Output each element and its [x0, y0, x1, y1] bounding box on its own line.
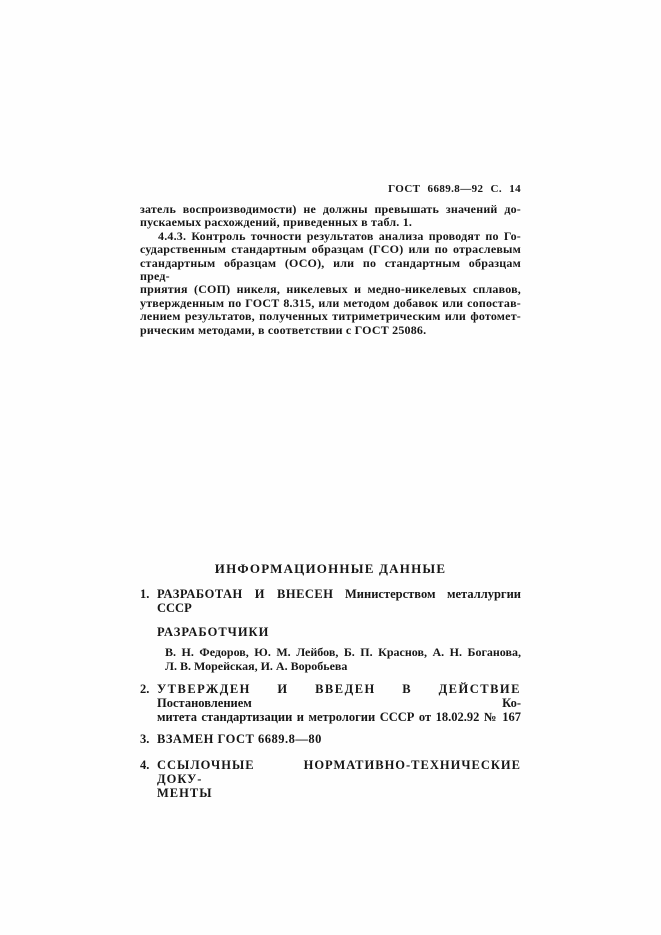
paragraph-line: приятия (СОП) никеля, никелевых и медно-…: [140, 283, 521, 296]
names-line: Л. В. Морейская, И. А. Воробьева: [165, 659, 521, 673]
item-content: ССЫЛОЧНЫЕ НОРМАТИВНО-ТЕХНИЧЕСКИЕ ДОКУ- М…: [157, 758, 521, 800]
list-item: 3. ВЗАМЕН ГОСТ 6689.8—80: [140, 732, 521, 746]
item-number: 2.: [140, 682, 157, 696]
item-label: РАЗРАБОТАН И ВНЕСЕН: [157, 587, 334, 601]
paragraph-line: стандартным образцам (ОСО), или по станд…: [140, 257, 521, 284]
developers-label: РАЗРАБОТЧИКИ: [157, 625, 521, 639]
names-line: В. Н. Федоров, Ю. М. Лейбов, Б. П. Красн…: [165, 645, 521, 659]
item-text: Постановлением Ко-: [157, 696, 521, 710]
item-content: РАЗРАБОТАН И ВНЕСЕН Министерством металл…: [157, 587, 521, 673]
paragraph-line: лением результатов, полученных титриметр…: [140, 310, 521, 323]
item-line: митета стандартизации и метрологии СССР …: [157, 710, 521, 724]
list-item: 4. ССЫЛОЧНЫЕ НОРМАТИВНО-ТЕХНИЧЕСКИЕ ДОКУ…: [140, 758, 521, 800]
paragraph: затель воспроизводимости) не должны прев…: [140, 203, 521, 230]
item-number: 4.: [140, 758, 157, 772]
informational-data-section: ИНФОРМАЦИОННЫЕ ДАННЫЕ 1. РАЗРАБОТАН И ВН…: [140, 562, 521, 800]
document-page: ГОСТ 6689.8—92 С. 14 затель воспроизводи…: [0, 0, 661, 935]
item-number: 3.: [140, 732, 157, 746]
paragraph-line: рическим методами, в соответствии с ГОСТ…: [140, 324, 521, 337]
paragraph-line: затель воспроизводимости) не должны прев…: [140, 203, 521, 216]
paragraph-line: пускаемых расхождений, приведенных в таб…: [140, 216, 521, 229]
item-content: УТВЕРЖДЕН И ВВЕДЕН В ДЕЙСТВИЕ Постановле…: [157, 682, 521, 724]
item-line: ССЫЛОЧНЫЕ НОРМАТИВНО-ТЕХНИЧЕСКИЕ ДОКУ-: [157, 758, 521, 786]
list-item: 1. РАЗРАБОТАН И ВНЕСЕН Министерством мет…: [140, 587, 521, 673]
item-label: УТВЕРЖДЕН И ВВЕДЕН В ДЕЙСТВИЕ: [157, 682, 521, 696]
developer-names: В. Н. Федоров, Ю. М. Лейбов, Б. П. Красн…: [165, 645, 521, 673]
page-header: ГОСТ 6689.8—92 С. 14: [140, 183, 521, 195]
list-item: 2. УТВЕРЖДЕН И ВВЕДЕН В ДЕЙСТВИЕ Постано…: [140, 682, 521, 724]
item-label: ВЗАМЕН ГОСТ 6689.8—80: [157, 732, 521, 746]
paragraph-line: 4.4.3. Контроль точности результатов ана…: [140, 230, 521, 243]
body-text: затель воспроизводимости) не должны прев…: [140, 203, 521, 337]
paragraph-line: сударственным стандартным образцам (ГСО)…: [140, 243, 521, 256]
paragraph-line: утвержденным по ГОСТ 8.315, или методом …: [140, 297, 521, 310]
item-number: 1.: [140, 587, 157, 601]
item-line: УТВЕРЖДЕН И ВВЕДЕН В ДЕЙСТВИЕ Постановле…: [157, 682, 521, 710]
item-content: ВЗАМЕН ГОСТ 6689.8—80: [157, 732, 521, 746]
item-line: РАЗРАБОТАН И ВНЕСЕН Министерством металл…: [157, 587, 521, 615]
section-heading: ИНФОРМАЦИОННЫЕ ДАННЫЕ: [140, 562, 521, 576]
item-line: МЕНТЫ: [157, 786, 521, 800]
paragraph: 4.4.3. Контроль точности результатов ана…: [140, 230, 521, 337]
